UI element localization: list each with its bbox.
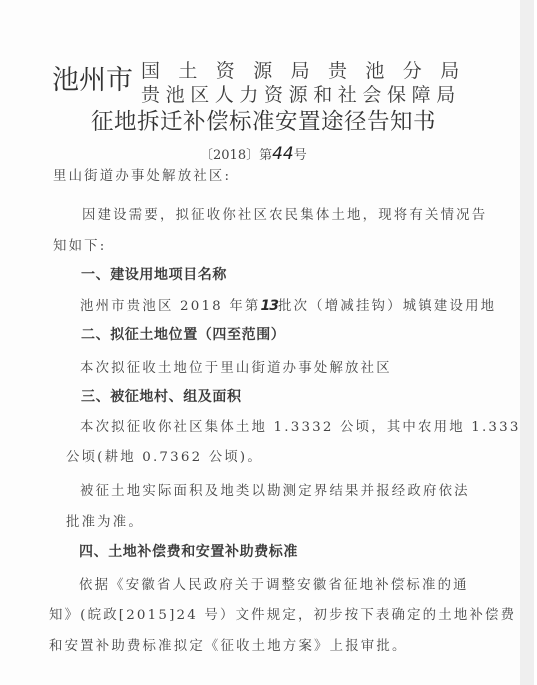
document-number: 〔2018〕第44号	[200, 144, 307, 164]
area-note-line-1: 被征土地实际面积及地类以勘测定界结果并报经政府依法	[80, 480, 470, 499]
side-scroll-strip[interactable]	[520, 0, 534, 685]
project-name-text: 池州市贵池区 2018 年第13批次（增减挂钩）城镇建设用地	[80, 295, 496, 314]
handwritten-batch-number: 13	[261, 298, 278, 314]
location-text: 本次拟征收土地位于里山街道办事处解放社区	[80, 357, 392, 376]
compensation-text-line-1: 依据《安徽省人民政府关于调整安徽省征地补偿标准的通	[79, 574, 469, 593]
section-heading-location: 二、拟征土地位置（四至范围）	[81, 324, 285, 344]
section-heading-project-name: 一、建设用地项目名称	[81, 264, 227, 284]
intro-paragraph-line-2: 知如下:	[53, 235, 106, 254]
issuer-agency-land-resources: 国土资源局贵池分局	[141, 56, 478, 83]
document-number-suffix: 号	[294, 148, 307, 163]
area-note-line-2: 批准为准。	[66, 511, 144, 530]
project-name-after: 批次（增减挂钩）城镇建设用地	[278, 299, 496, 314]
intro-paragraph-line-1: 因建设需要，拟征收你社区农民集体土地，现将有关情况告	[82, 204, 487, 223]
document-number-prefix: 〔2018〕第	[200, 148, 272, 163]
document-page: 池州市 国土资源局贵池分局 贵池区人力资源和社会保障局 征地拆迁补偿标准安置途径…	[0, 0, 520, 685]
section-heading-area: 三、被征地村、组及面积	[81, 386, 242, 406]
compensation-text-line-2: 知》(皖政[2015]24 号）文件规定，初步按下表确定的土地补偿费	[49, 604, 516, 623]
document-number-handwritten: 44	[272, 144, 294, 164]
compensation-text-line-3: 和安置补助费标准拟定《征收土地方案》上报审批。	[49, 635, 408, 654]
document-title: 征地拆迁补偿标准安置途径告知书	[91, 104, 436, 136]
issuer-city: 池州市	[52, 58, 133, 97]
section-heading-compensation: 四、土地补偿费和安置补助费标准	[79, 541, 298, 561]
addressee: 里山街道办事处解放社区:	[53, 165, 231, 184]
issuer-agency-human-resources: 贵池区人力资源和社会保障局	[141, 80, 461, 107]
area-text-line-1: 本次拟征收你社区集体土地 1.3332 公顷，其中农用地 1.3332	[80, 416, 531, 435]
area-text-line-2: 公顷(耕地 0.7362 公顷)。	[66, 446, 263, 465]
project-name-before: 池州市贵池区 2018 年第	[80, 299, 261, 314]
